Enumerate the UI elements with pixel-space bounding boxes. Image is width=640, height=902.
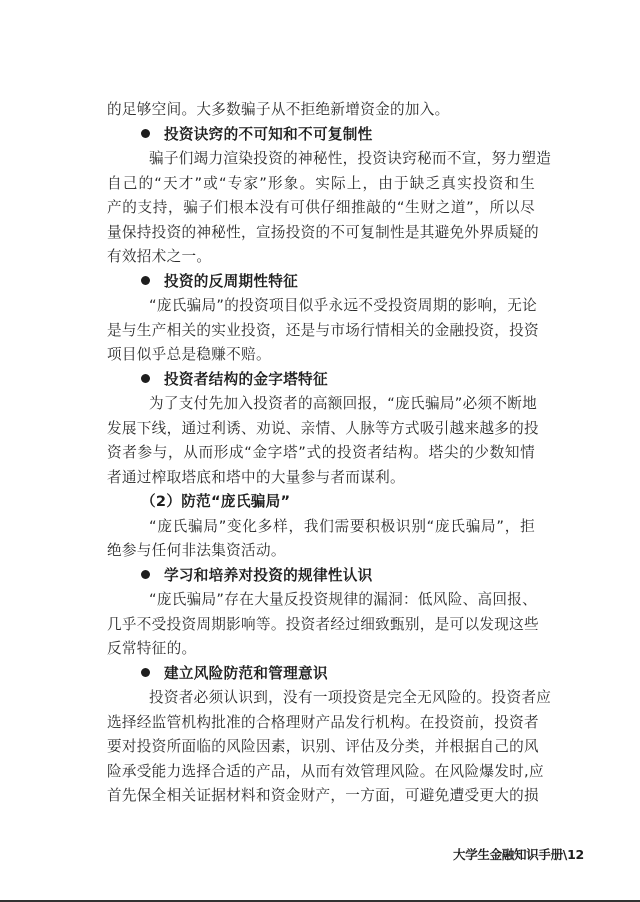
section-heading: 投资诀窍的不可知和不可复制性 bbox=[107, 123, 535, 148]
body-text-line: 有效招术之一。 bbox=[107, 245, 535, 270]
bullet-icon bbox=[141, 668, 150, 677]
body-text-line: 骗子们竭力渲染投资的神秘性，投资诀窍秘而不宣，努力塑造 bbox=[107, 147, 535, 172]
body-text-line: 险承受能力选择合适的产品，从而有效管理风险。在风险爆发时,应 bbox=[107, 760, 535, 785]
body-text-line: 选择经监管机构批准的合格理财产品发行机构。在投资前，投资者 bbox=[107, 711, 535, 736]
body-text-line: 首先保全相关证据材料和资金财产，一方面，可避免遭受更大的损 bbox=[107, 784, 535, 809]
body-text-line: 要对投资所面临的风险因素，识别、评估及分类，并根据自己的风 bbox=[107, 735, 535, 760]
heading-text: 投资者结构的金字塔特征 bbox=[164, 371, 328, 388]
bullet-icon bbox=[141, 570, 150, 579]
bullet-icon bbox=[141, 374, 150, 383]
body-text-line: 资者参与，从而形成“金字塔”式的投资者结构。塔尖的少数知情 bbox=[107, 441, 535, 466]
page-body: 的足够空间。大多数骗子从不拒绝新增资金的加入。投资诀窍的不可知和不可复制性骗子们… bbox=[107, 98, 535, 809]
body-text-line: 为了支付先加入投资者的高额回报，“庞氏骗局”必须不断地 bbox=[107, 392, 535, 417]
body-text-line: 量保持投资的神秘性，宣扬投资的不可复制性是其避免外界质疑的 bbox=[107, 221, 535, 246]
body-text-line: 发展下线，通过利诱、劝说、亲情、人脉等方式吸引越来越多的投 bbox=[107, 417, 535, 442]
body-text-line: “庞氏骗局”存在大量反投资规律的漏洞：低风险、高回报、 bbox=[107, 588, 535, 613]
body-text-line: 反常特征的。 bbox=[107, 637, 535, 662]
section-heading: 学习和培养对投资的规律性认识 bbox=[107, 564, 535, 589]
page-footer: 大学生金融知识手册\12 bbox=[453, 845, 584, 863]
heading-text: 建立风险防范和管理意识 bbox=[164, 665, 328, 682]
body-text-line: 者通过榨取塔底和塔中的大量参与者而谋利。 bbox=[107, 466, 535, 491]
heading-text: 投资诀窍的不可知和不可复制性 bbox=[164, 126, 373, 143]
body-text-line: 项目似乎总是稳赚不赔。 bbox=[107, 343, 535, 368]
bullet-icon bbox=[141, 276, 150, 285]
body-text-line: 自己的“天才”或“专家”形象。实际上，由于缺乏真实投资和生 bbox=[107, 172, 535, 197]
section-heading: 建立风险防范和管理意识 bbox=[107, 662, 535, 687]
body-text-line: 是与生产相关的实业投资，还是与市场行情相关的金融投资，投资 bbox=[107, 319, 535, 344]
body-text-line: “庞氏骗局”变化多样，我们需要积极识别“庞氏骗局”，拒 bbox=[107, 515, 535, 540]
body-text-line: 产的支持，骗子们根本没有可供仔细推敲的“生财之道”，所以尽 bbox=[107, 196, 535, 221]
body-text-line: 的足够空间。大多数骗子从不拒绝新增资金的加入。 bbox=[107, 98, 535, 123]
body-text-line: “庞氏骗局”的投资项目似乎永远不受投资周期的影响，无论 bbox=[107, 294, 535, 319]
section-heading: 投资者结构的金字塔特征 bbox=[107, 368, 535, 393]
heading-text: 学习和培养对投资的规律性认识 bbox=[164, 567, 373, 584]
bullet-icon bbox=[141, 129, 150, 138]
body-text-line: 绝参与任何非法集资活动。 bbox=[107, 539, 535, 564]
subsection-heading: （2）防范“庞氏骗局” bbox=[107, 490, 535, 515]
section-heading: 投资的反周期性特征 bbox=[107, 270, 535, 295]
body-text-line: 投资者必须认识到，没有一项投资是完全无风险的。投资者应 bbox=[107, 686, 535, 711]
heading-text: 投资的反周期性特征 bbox=[164, 273, 298, 290]
body-text-line: 几乎不受投资周期影响等。投资者经过细致甄别，是可以发现这些 bbox=[107, 613, 535, 638]
